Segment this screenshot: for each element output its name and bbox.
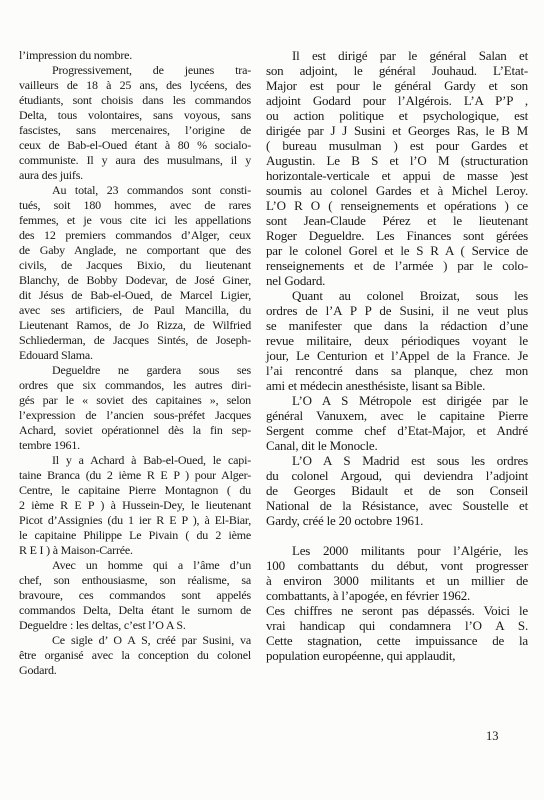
text-line: communiste. Il y aura des musulmans, il …: [19, 153, 251, 168]
text-line: horizontale-verticale et appui de masse …: [266, 168, 528, 183]
text-line: soumis au colonel Gardes et à Michel Ler…: [266, 183, 528, 198]
text-line: R E I ) à Maison-Carrée.: [19, 543, 251, 558]
text-line: Augustin. Le B S et l’O M (structuration: [266, 153, 528, 168]
text-line: ordres que six commandos, les autres dir…: [19, 378, 251, 393]
text-line: Sergent comme chef d’Etat-Major, et Andr…: [266, 423, 528, 438]
text-line: sont Jean-Claude Pérez et le lieutenant: [266, 213, 528, 228]
text-line: Achard, soviet opérationnel dès la fin s…: [19, 423, 251, 438]
text-line: Delta, tous volontaires, sans voyous, sa…: [19, 108, 251, 123]
text-line: population européenne, qui applaudit,: [266, 648, 528, 663]
text-line: combattants, à l’apogée, en février 1962…: [266, 588, 528, 603]
text-line: Les 2000 militants pour l’Algérie, les: [266, 543, 528, 558]
text-line: général Vanuxem, avec le capitaine Pierr…: [266, 408, 528, 423]
text-line: Quant au colonel Broizat, sous les: [266, 288, 528, 303]
text-line: adjoint Godard pour l’Algérois. L’A P’P …: [266, 93, 528, 108]
text-line: Cette stagnation, cette impuissance de l…: [266, 633, 528, 648]
text-line: Progressivement, de jeunes tra-: [19, 63, 251, 78]
text-line: tués, soit 180 hommes, avec de rares: [19, 198, 251, 213]
text-line: Il est dirigé par le général Salan et: [266, 48, 528, 63]
left-column: l’impression du nombre. Progressivement,…: [19, 48, 251, 678]
text-line: Godard.: [19, 663, 251, 678]
text-line: son adjoint, le général Jouhaud. L’Etat-: [266, 63, 528, 78]
text-line: le capitaine Philippe Le Pivain ( du 2 i…: [19, 528, 251, 543]
text-line: L’O R O ( renseignements et opérations )…: [266, 198, 528, 213]
text-line: étudiants, sont choisis dans les command…: [19, 93, 251, 108]
text-line: Avec un homme qui a l’âme d’un: [19, 558, 251, 573]
text-line: de Georges Bidault et de son Conseil: [266, 483, 528, 498]
text-line: l’impression du nombre.: [19, 48, 251, 63]
text-line: 100 combattants du début, vont progresse…: [266, 558, 528, 573]
text-line: chef, son enthousiasme, son réalisme, sa: [19, 573, 251, 588]
right-column: Il est dirigé par le général Salan et so…: [266, 48, 528, 663]
text-line: femmes, et je vous cite ici les appellat…: [19, 213, 251, 228]
text-line: renseignements et de l’armée ) par le co…: [266, 258, 528, 273]
text-line: jour, Le Centurion et l’Appel de la Fran…: [266, 348, 528, 363]
text-line: Edouard Slama.: [19, 348, 251, 363]
page-number: 13: [486, 729, 499, 743]
text-line: de Gaby Anglade, ne comportant que des: [19, 243, 251, 258]
text-line: ( bureau musulman ) est pour Gardes et: [266, 138, 528, 153]
text-line: Centre, le capitaine Pierre Montagnon ( …: [19, 483, 251, 498]
text-line: dit Jésus de Bab-el-Oued, de Marcel Ligi…: [19, 288, 251, 303]
text-line: 2 ième R E P ) à Hussein-Dey, le lieuten…: [19, 498, 251, 513]
text-line: Picot d’Assignies (du 1 ier R E P ), à E…: [19, 513, 251, 528]
text-line: bravoure, ces commandos sont appelés: [19, 588, 251, 603]
text-line: ordres de l’A P P de Susini, il ne veut …: [266, 303, 528, 318]
text-line: par le colonel Gorel et le S R A ( Servi…: [266, 243, 528, 258]
text-line: ceux de Bab-el-Oued étant à 80 % socialo…: [19, 138, 251, 153]
text-line: revue militaire, deux périodiques voyant…: [266, 333, 528, 348]
text-line: avec ses artificiers, de Paul Mancilla, …: [19, 303, 251, 318]
text-line: l’ai rencontré dans sa planque, chez mon: [266, 363, 528, 378]
text-line: National de la Résistance, avec Soustell…: [266, 498, 528, 513]
text-line: du colonel Argoud, qui deviendra l’adjoi…: [266, 468, 528, 483]
text-line: Canal, dit le Monocle.: [266, 438, 528, 453]
text-line: gés par le « soviet des capitaines », se…: [19, 393, 251, 408]
text-line: nel Godard.: [266, 273, 528, 288]
text-line: Degueldre : les deltas, c’est l’O A S.: [19, 618, 251, 633]
text-line: commandos Delta, Delta étant le surnom d…: [19, 603, 251, 618]
text-line: aura des juifs.: [19, 168, 251, 183]
text-line: Blanchy, de Bobby Dodevar, de José Giner…: [19, 273, 251, 288]
text-line: tembre 1961.: [19, 438, 251, 453]
text-line: dirigée par J J Susini et Georges Ras, l…: [266, 123, 528, 138]
text-line: à environ 3000 militants et un millier d…: [266, 573, 528, 588]
text-line: Roger Degueldre. Les Finances sont gérée…: [266, 228, 528, 243]
text-line: vrai handicap qui condamnera l’O A S.: [266, 618, 528, 633]
text-line: Gardy, créé le 20 octobre 1961.: [266, 513, 528, 528]
text-line: vailleurs de 18 à 25 ans, des lycéens, d…: [19, 78, 251, 93]
paragraph-gap: [266, 528, 528, 543]
text-line: Ces chiffres ne seront pas dépassés. Voi…: [266, 603, 528, 618]
text-line: Il y a Achard à Bab-el-Oued, le capi-: [19, 453, 251, 468]
text-line: Au total, 23 commandos sont consti-: [19, 183, 251, 198]
text-line: Lieutenant Ramos, de Jo Rizza, de Wilfri…: [19, 318, 251, 333]
text-line: se manifester que dans la rédaction d’un…: [266, 318, 528, 333]
text-line: Schliederman, de Jacques Sintés, de Jose…: [19, 333, 251, 348]
text-line: L’O A S Métropole est dirigée par le: [266, 393, 528, 408]
book-page: l’impression du nombre. Progressivement,…: [0, 0, 544, 800]
text-line: civils, de Jacques Bixio, du lieutenant: [19, 258, 251, 273]
text-line: taine Branca (du 2 ième R E P ) pour Alg…: [19, 468, 251, 483]
text-line: ami et médecin anesthésiste, lisant sa B…: [266, 378, 528, 393]
text-line: Ce sigle d’ O A S, créé par Susini, va: [19, 633, 251, 648]
text-line: ou action politique et psychologique, es…: [266, 108, 528, 123]
text-line: l’expression de l’ancien sous-préfet Jac…: [19, 408, 251, 423]
text-line: Degueldre ne gardera sous ses: [19, 363, 251, 378]
text-line: fascistes, sans mercenaires, l’origine d…: [19, 123, 251, 138]
text-line: Major est pour le général Gardy et son: [266, 78, 528, 93]
text-line: être organisé avec la conception du colo…: [19, 648, 251, 663]
text-line: des 12 premiers commandos d’Alger, ceux: [19, 228, 251, 243]
text-line: L’O A S Madrid est sous les ordres: [266, 453, 528, 468]
